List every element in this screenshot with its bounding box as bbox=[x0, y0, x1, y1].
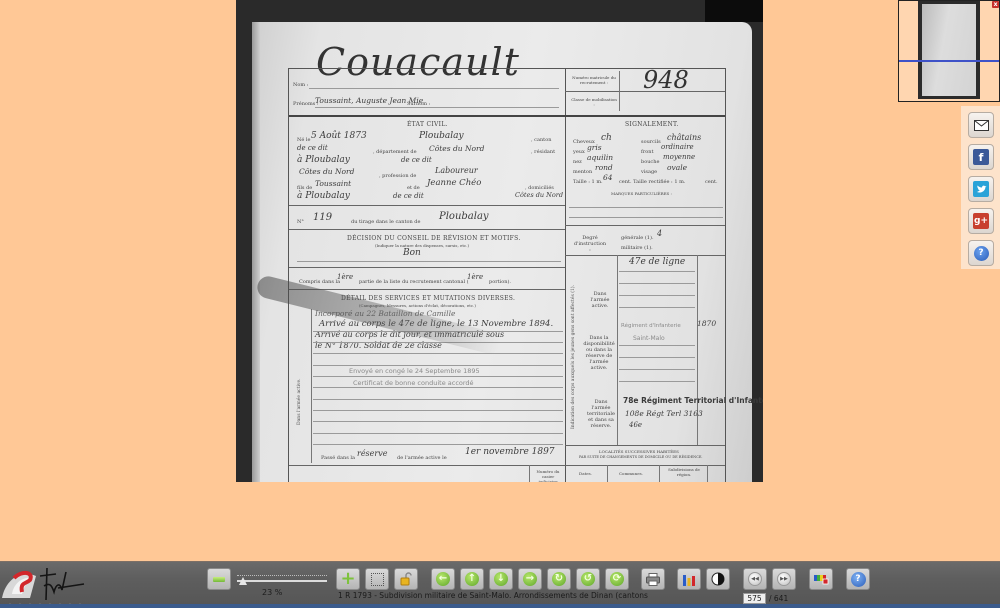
front-value: ordinaire bbox=[661, 143, 694, 151]
divider bbox=[289, 267, 565, 268]
sourcils-value: châtains bbox=[667, 133, 701, 142]
twitter-icon bbox=[973, 181, 989, 197]
color-palette-icon bbox=[814, 573, 829, 585]
zoom-slider-ticks bbox=[237, 575, 327, 578]
rewind-icon: ◀◀ bbox=[748, 572, 762, 586]
select-area-button[interactable] bbox=[365, 568, 389, 590]
scanned-document: Couacault Nom : Prénoms : Toussaint, Aug… bbox=[252, 22, 752, 482]
page-number-input[interactable] bbox=[743, 593, 766, 604]
rule bbox=[619, 271, 695, 272]
tirage-text: du tirage dans le canton de bbox=[351, 219, 420, 225]
compris-text: Compris dans la bbox=[299, 279, 340, 285]
compris-partie: 1ère bbox=[337, 273, 353, 281]
label-menton: menton bbox=[573, 169, 592, 175]
label-nez: nez bbox=[573, 159, 582, 165]
disponibilite-number: 1870 bbox=[697, 319, 716, 328]
zoom-out-button[interactable] bbox=[207, 568, 231, 590]
tirage-canton: Ploubalay bbox=[439, 211, 489, 222]
divider bbox=[565, 225, 725, 226]
divider bbox=[617, 255, 618, 445]
rotate-left-button[interactable]: ↺ bbox=[576, 568, 600, 590]
disponibilite-stamp: Régiment d'Infanterie bbox=[621, 323, 681, 329]
lock-button[interactable] bbox=[394, 568, 418, 590]
tirage-number: 119 bbox=[313, 212, 332, 223]
residence-canton: de ce dit bbox=[401, 156, 432, 164]
nez-value: aquilin bbox=[587, 153, 613, 162]
taille-unit: cent. Taille rectifiée : 1 m. bbox=[619, 179, 685, 185]
localites-title: LOCALITÉS SUCCESSIVES HABITÉES bbox=[599, 449, 679, 454]
reset-icon: ⟳ bbox=[610, 572, 624, 586]
localites-col-subdivisions: Subdivisions de région. bbox=[667, 467, 701, 477]
contrast-icon bbox=[711, 572, 725, 586]
rule bbox=[309, 88, 559, 89]
label-canton: , canton bbox=[531, 137, 551, 143]
rotate-left-icon: ↺ bbox=[581, 572, 595, 586]
label-classe: Classe de mobilisation : bbox=[571, 97, 617, 107]
help-icon: ? bbox=[974, 246, 989, 261]
zoom-slider-track bbox=[237, 580, 327, 582]
label-bouche: bouche bbox=[641, 159, 659, 165]
menton-value: rond bbox=[595, 163, 613, 172]
signalement-title: SIGNALEMENT. bbox=[625, 121, 679, 128]
label-taille: Taille : 1 m. bbox=[573, 179, 603, 185]
rule bbox=[313, 353, 563, 354]
service-stamp: Envoyé en congé le 24 Septembre 1895 bbox=[349, 367, 480, 375]
help-icon: ? bbox=[851, 572, 866, 587]
localites-col-dates: Dates. bbox=[579, 471, 592, 476]
google-plus-share-button[interactable]: g+ bbox=[968, 208, 994, 234]
matricule-value: 948 bbox=[643, 66, 689, 94]
rule bbox=[619, 307, 695, 308]
domicile-value: à Ploubalay bbox=[297, 191, 350, 201]
father-name: Toussaint bbox=[315, 179, 351, 188]
rule bbox=[619, 357, 695, 358]
divider bbox=[311, 309, 312, 463]
armee-active-value: 47e de ligne bbox=[629, 257, 685, 267]
archives-logo[interactable] bbox=[0, 564, 95, 604]
vertical-label-affectation: Indication des corps auxquels les jeunes… bbox=[571, 285, 576, 429]
arrow-up-icon: ↑ bbox=[465, 572, 479, 586]
arrow-down-icon: ↓ bbox=[494, 572, 508, 586]
etat-civil-title: ÉTAT CIVIL. bbox=[407, 121, 448, 128]
rotate-right-icon: ↻ bbox=[552, 572, 566, 586]
help-button[interactable]: ? bbox=[846, 568, 870, 590]
divider bbox=[565, 255, 725, 256]
rule bbox=[313, 444, 563, 445]
rule bbox=[313, 410, 563, 411]
label-matricule: Numéro matricule du recrutement : bbox=[571, 75, 617, 85]
arrow-left-icon: ← bbox=[436, 572, 450, 586]
taille-unit2: cent. bbox=[705, 179, 718, 185]
divider bbox=[565, 69, 566, 482]
localites-col-communes: Communes. bbox=[619, 471, 643, 476]
visage-value: ovale bbox=[667, 163, 687, 172]
divider bbox=[707, 465, 708, 482]
rule bbox=[313, 433, 563, 434]
domicile-departement: Côtes du Nord bbox=[515, 191, 563, 199]
label-visage: visage bbox=[641, 169, 657, 175]
divider bbox=[619, 71, 620, 111]
page-edge bbox=[252, 22, 260, 482]
share-panel: f g+ ? bbox=[961, 106, 1000, 269]
printer-icon bbox=[646, 573, 660, 586]
arrow-right-icon: → bbox=[523, 572, 537, 586]
divider bbox=[289, 289, 565, 290]
bouche-value: moyenne bbox=[663, 153, 695, 161]
label-yeux: yeux bbox=[573, 149, 585, 155]
label-sourcils: sourcils bbox=[641, 139, 661, 145]
rule bbox=[619, 345, 695, 346]
disponibilite-city: Saint-Malo bbox=[633, 335, 665, 342]
google-plus-icon: g+ bbox=[973, 213, 989, 229]
thumbnail-paper bbox=[922, 4, 976, 96]
service-stamp: Certificat de bonne conduite accordé bbox=[353, 379, 474, 387]
numero-casier-label: Numéro du casier judiciaire bbox=[533, 469, 563, 482]
scan-border bbox=[705, 0, 763, 22]
fast-forward-icon: ▶▶ bbox=[777, 572, 791, 586]
rule bbox=[619, 369, 695, 370]
divider bbox=[289, 115, 725, 117]
birth-place: Ploubalay bbox=[419, 131, 464, 141]
birth-date: 5 Août 1873 bbox=[311, 131, 367, 141]
thumbnail-viewport-line[interactable] bbox=[899, 60, 999, 62]
rule bbox=[569, 207, 723, 208]
territoriale-stamp: 78e Régiment Territorial d'Infanterie bbox=[623, 396, 763, 405]
canton-value: de ce dit bbox=[297, 144, 328, 152]
decision-title: DÉCISION DU CONSEIL DE RÉVISION ET MOTIF… bbox=[347, 235, 521, 242]
zoom-in-button[interactable]: + bbox=[336, 568, 360, 590]
help-share-button[interactable]: ? bbox=[968, 240, 994, 266]
minus-icon bbox=[213, 577, 225, 582]
page-total: / 641 bbox=[769, 594, 788, 603]
label-territoriale: Dans l'armée territoriale et dans sa rés… bbox=[585, 399, 617, 429]
localites-subtitle: PAR SUITE DE CHANGEMENTS DE DOMICILE OU … bbox=[579, 455, 703, 459]
bottom-strip bbox=[0, 604, 1000, 608]
zoom-slider[interactable] bbox=[235, 573, 327, 587]
passe-text: Passé dans la bbox=[321, 455, 355, 461]
compris-portion: 1ère bbox=[467, 273, 483, 281]
departement2-value: Côtes du Nord bbox=[299, 167, 354, 176]
plus-icon: + bbox=[341, 572, 355, 586]
label-ne-le: Né le bbox=[297, 137, 310, 143]
label-disponibilite: Dans la disponibilité ou dans la réserve… bbox=[581, 335, 617, 371]
bar-chart-icon bbox=[682, 573, 696, 586]
rule bbox=[619, 381, 695, 382]
previous-page-button[interactable]: ◀◀ bbox=[743, 568, 767, 590]
label-tirage: N° bbox=[297, 219, 304, 225]
divider bbox=[529, 465, 530, 482]
rule bbox=[315, 107, 559, 108]
rule bbox=[619, 283, 695, 284]
label-nom: Nom : bbox=[293, 82, 308, 88]
close-thumbnail-icon[interactable]: x bbox=[992, 1, 999, 8]
rule bbox=[313, 376, 563, 377]
decision-value: Bon bbox=[403, 248, 421, 258]
divider bbox=[659, 465, 660, 482]
rule bbox=[313, 421, 563, 422]
twitter-share-button[interactable] bbox=[968, 176, 994, 202]
label-degre-generale: générale (1). bbox=[621, 235, 654, 241]
residence-value: à Ploubalay bbox=[297, 155, 350, 165]
taille-value: 64 bbox=[603, 173, 613, 182]
rule bbox=[313, 399, 563, 400]
divider bbox=[289, 229, 565, 230]
rule bbox=[297, 261, 561, 262]
passe-date: 1er novembre 1897 bbox=[465, 447, 555, 457]
compris-text3: portion). bbox=[489, 279, 511, 285]
email-share-button[interactable] bbox=[968, 112, 994, 138]
zoom-percent: 23 % bbox=[262, 588, 282, 597]
passe-value: réserve bbox=[357, 449, 387, 458]
colors-button[interactable] bbox=[809, 568, 833, 590]
rule bbox=[313, 387, 563, 388]
divider bbox=[289, 205, 565, 206]
rule bbox=[313, 342, 563, 343]
unlock-icon bbox=[399, 572, 413, 586]
move-right-button[interactable]: → bbox=[518, 568, 542, 590]
form-grid: Nom : Prénoms : Toussaint, Auguste Jean … bbox=[288, 68, 726, 482]
facebook-share-button[interactable]: f bbox=[968, 144, 994, 170]
label-degre: Degré d'instruction : bbox=[573, 235, 607, 253]
vertical-label-services: Dans l'armée active. bbox=[297, 378, 302, 425]
move-down-button[interactable]: ↓ bbox=[489, 568, 513, 590]
next-page-button[interactable]: ▶▶ bbox=[772, 568, 796, 590]
divider bbox=[565, 445, 725, 446]
rule bbox=[313, 365, 563, 366]
divider bbox=[607, 465, 608, 482]
yeux-value: gris bbox=[587, 143, 602, 152]
reset-view-button[interactable]: ⟳ bbox=[605, 568, 629, 590]
compris-text2: partie de la liste du recrutement canton… bbox=[359, 279, 469, 285]
envelope-icon bbox=[973, 117, 989, 133]
label-residant: , résidant bbox=[531, 149, 555, 155]
levels-button[interactable] bbox=[677, 568, 701, 590]
label-departement: , département de bbox=[373, 149, 417, 155]
rule bbox=[569, 217, 723, 218]
domicile-canton: de ce dit bbox=[393, 192, 424, 200]
marques-title: MARQUES PARTICULIÈRES : bbox=[611, 191, 672, 196]
territoriale-handwritten: 108e Régt Terl 3163 bbox=[625, 409, 703, 418]
selection-icon bbox=[371, 573, 384, 586]
move-up-button[interactable]: ↑ bbox=[460, 568, 484, 590]
label-degre-militaire: militaire (1). bbox=[621, 245, 653, 251]
facebook-icon: f bbox=[973, 149, 989, 165]
label-front: front bbox=[641, 149, 653, 155]
cheveux-value: ch bbox=[601, 133, 612, 143]
bottom-toolbar: 23 % + ← ↑ ↓ → ↻ ↺ ⟳ ◀◀ bbox=[0, 561, 1000, 605]
profession-value: Laboureur bbox=[435, 166, 478, 175]
move-left-button[interactable]: ← bbox=[431, 568, 455, 590]
rule bbox=[619, 295, 695, 296]
document-viewer[interactable]: Couacault Nom : Prénoms : Toussaint, Aug… bbox=[236, 0, 763, 482]
territoriale-handwritten-2: 46e bbox=[629, 421, 642, 429]
label-profession: , profession de bbox=[379, 173, 416, 179]
label-mother: et de bbox=[407, 185, 420, 191]
zoom-slider-handle[interactable] bbox=[239, 577, 247, 585]
degre-generale-value: 4 bbox=[657, 229, 662, 238]
label-armee-active: Dans l'armée active. bbox=[585, 291, 615, 309]
mother-name: Jeanne Chéo bbox=[427, 178, 481, 188]
thumbnail-navigator[interactable] bbox=[898, 0, 1000, 102]
decision-subtitle: (Indiquer la nature des dispenses, sursi… bbox=[375, 243, 469, 248]
rotate-right-button[interactable]: ↻ bbox=[547, 568, 571, 590]
passe-text2: de l'armée active le bbox=[397, 455, 447, 461]
departement-value: Côtes du Nord bbox=[429, 144, 484, 153]
print-button[interactable] bbox=[641, 568, 665, 590]
document-title: 1 R 1793 - Subdivision militaire de Sain… bbox=[338, 591, 708, 600]
contrast-button[interactable] bbox=[706, 568, 730, 590]
